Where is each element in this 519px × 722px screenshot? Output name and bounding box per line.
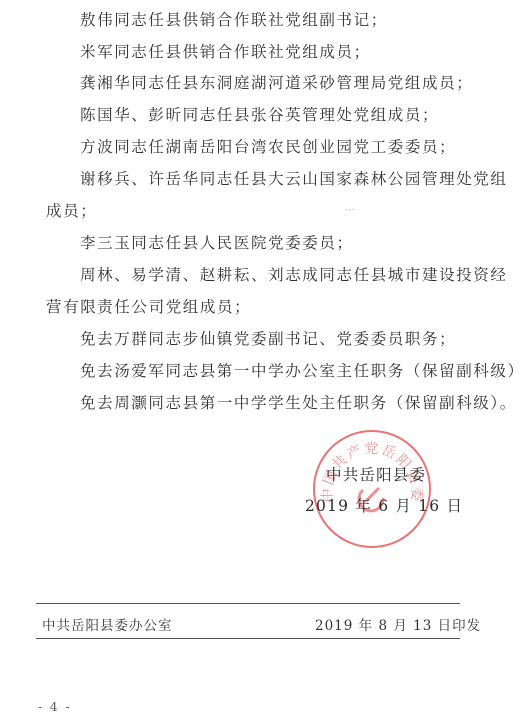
print-date: 2019 年 8 月 13 日印发 bbox=[315, 614, 481, 634]
paragraph-removal: 免去周灏同志县第一中学学生处主任职务（保留副科级）。 bbox=[80, 391, 517, 413]
footer-top-rule bbox=[36, 603, 460, 604]
paragraph-appointment: 周林、易学清、赵耕耘、刘志成同志任县城市建设投资经 bbox=[80, 263, 508, 285]
paragraph-appointment: 龚湘华同志任县东洞庭湖河道采砂管理局党组成员； bbox=[80, 71, 473, 93]
issuer-name: 中共岳阳县委 bbox=[326, 463, 426, 485]
issuing-office: 中共岳阳县委办公室 bbox=[42, 614, 173, 634]
paragraph-appointment: 谢移兵、许岳华同志任县大云山国家森林公园管理处党组 bbox=[80, 167, 508, 189]
paragraph-appointment: 敖伟同志任县供销合作联社党组副书记； bbox=[80, 8, 388, 30]
page-number: - 4 - bbox=[38, 700, 71, 714]
party-emblem-icon: 中国共产党岳阳县委员会 bbox=[315, 432, 429, 546]
paragraph-continuation: 营有限责任公司党组成员； bbox=[46, 295, 251, 317]
paragraph-appointment: 米军同志任县供销合作联社党组成员； bbox=[80, 40, 371, 62]
official-seal: 中国共产党岳阳县委员会 bbox=[313, 430, 431, 548]
paragraph-appointment: 方波同志任湖南岳阳台湾农民创业园党工委委员； bbox=[80, 135, 456, 157]
paragraph-appointment: 陈国华、彭昕同志任县张谷英管理处党组成员； bbox=[80, 103, 439, 125]
paragraph-removal: 免去汤爱军同志县第一中学办公室主任职务（保留副科级）； bbox=[80, 359, 519, 381]
footer-bottom-rule bbox=[36, 638, 460, 639]
signature-date: 2019 年 6 月 16 日 bbox=[305, 494, 463, 516]
paragraph-appointment: 李三玉同志任县人民医院党委委员； bbox=[80, 231, 354, 253]
paragraph-removal: 免去万群同志步仙镇党委副书记、党委委员职务； bbox=[80, 327, 456, 349]
scan-speck: ·-· bbox=[345, 205, 355, 216]
paragraph-continuation: 成员； bbox=[46, 199, 97, 221]
